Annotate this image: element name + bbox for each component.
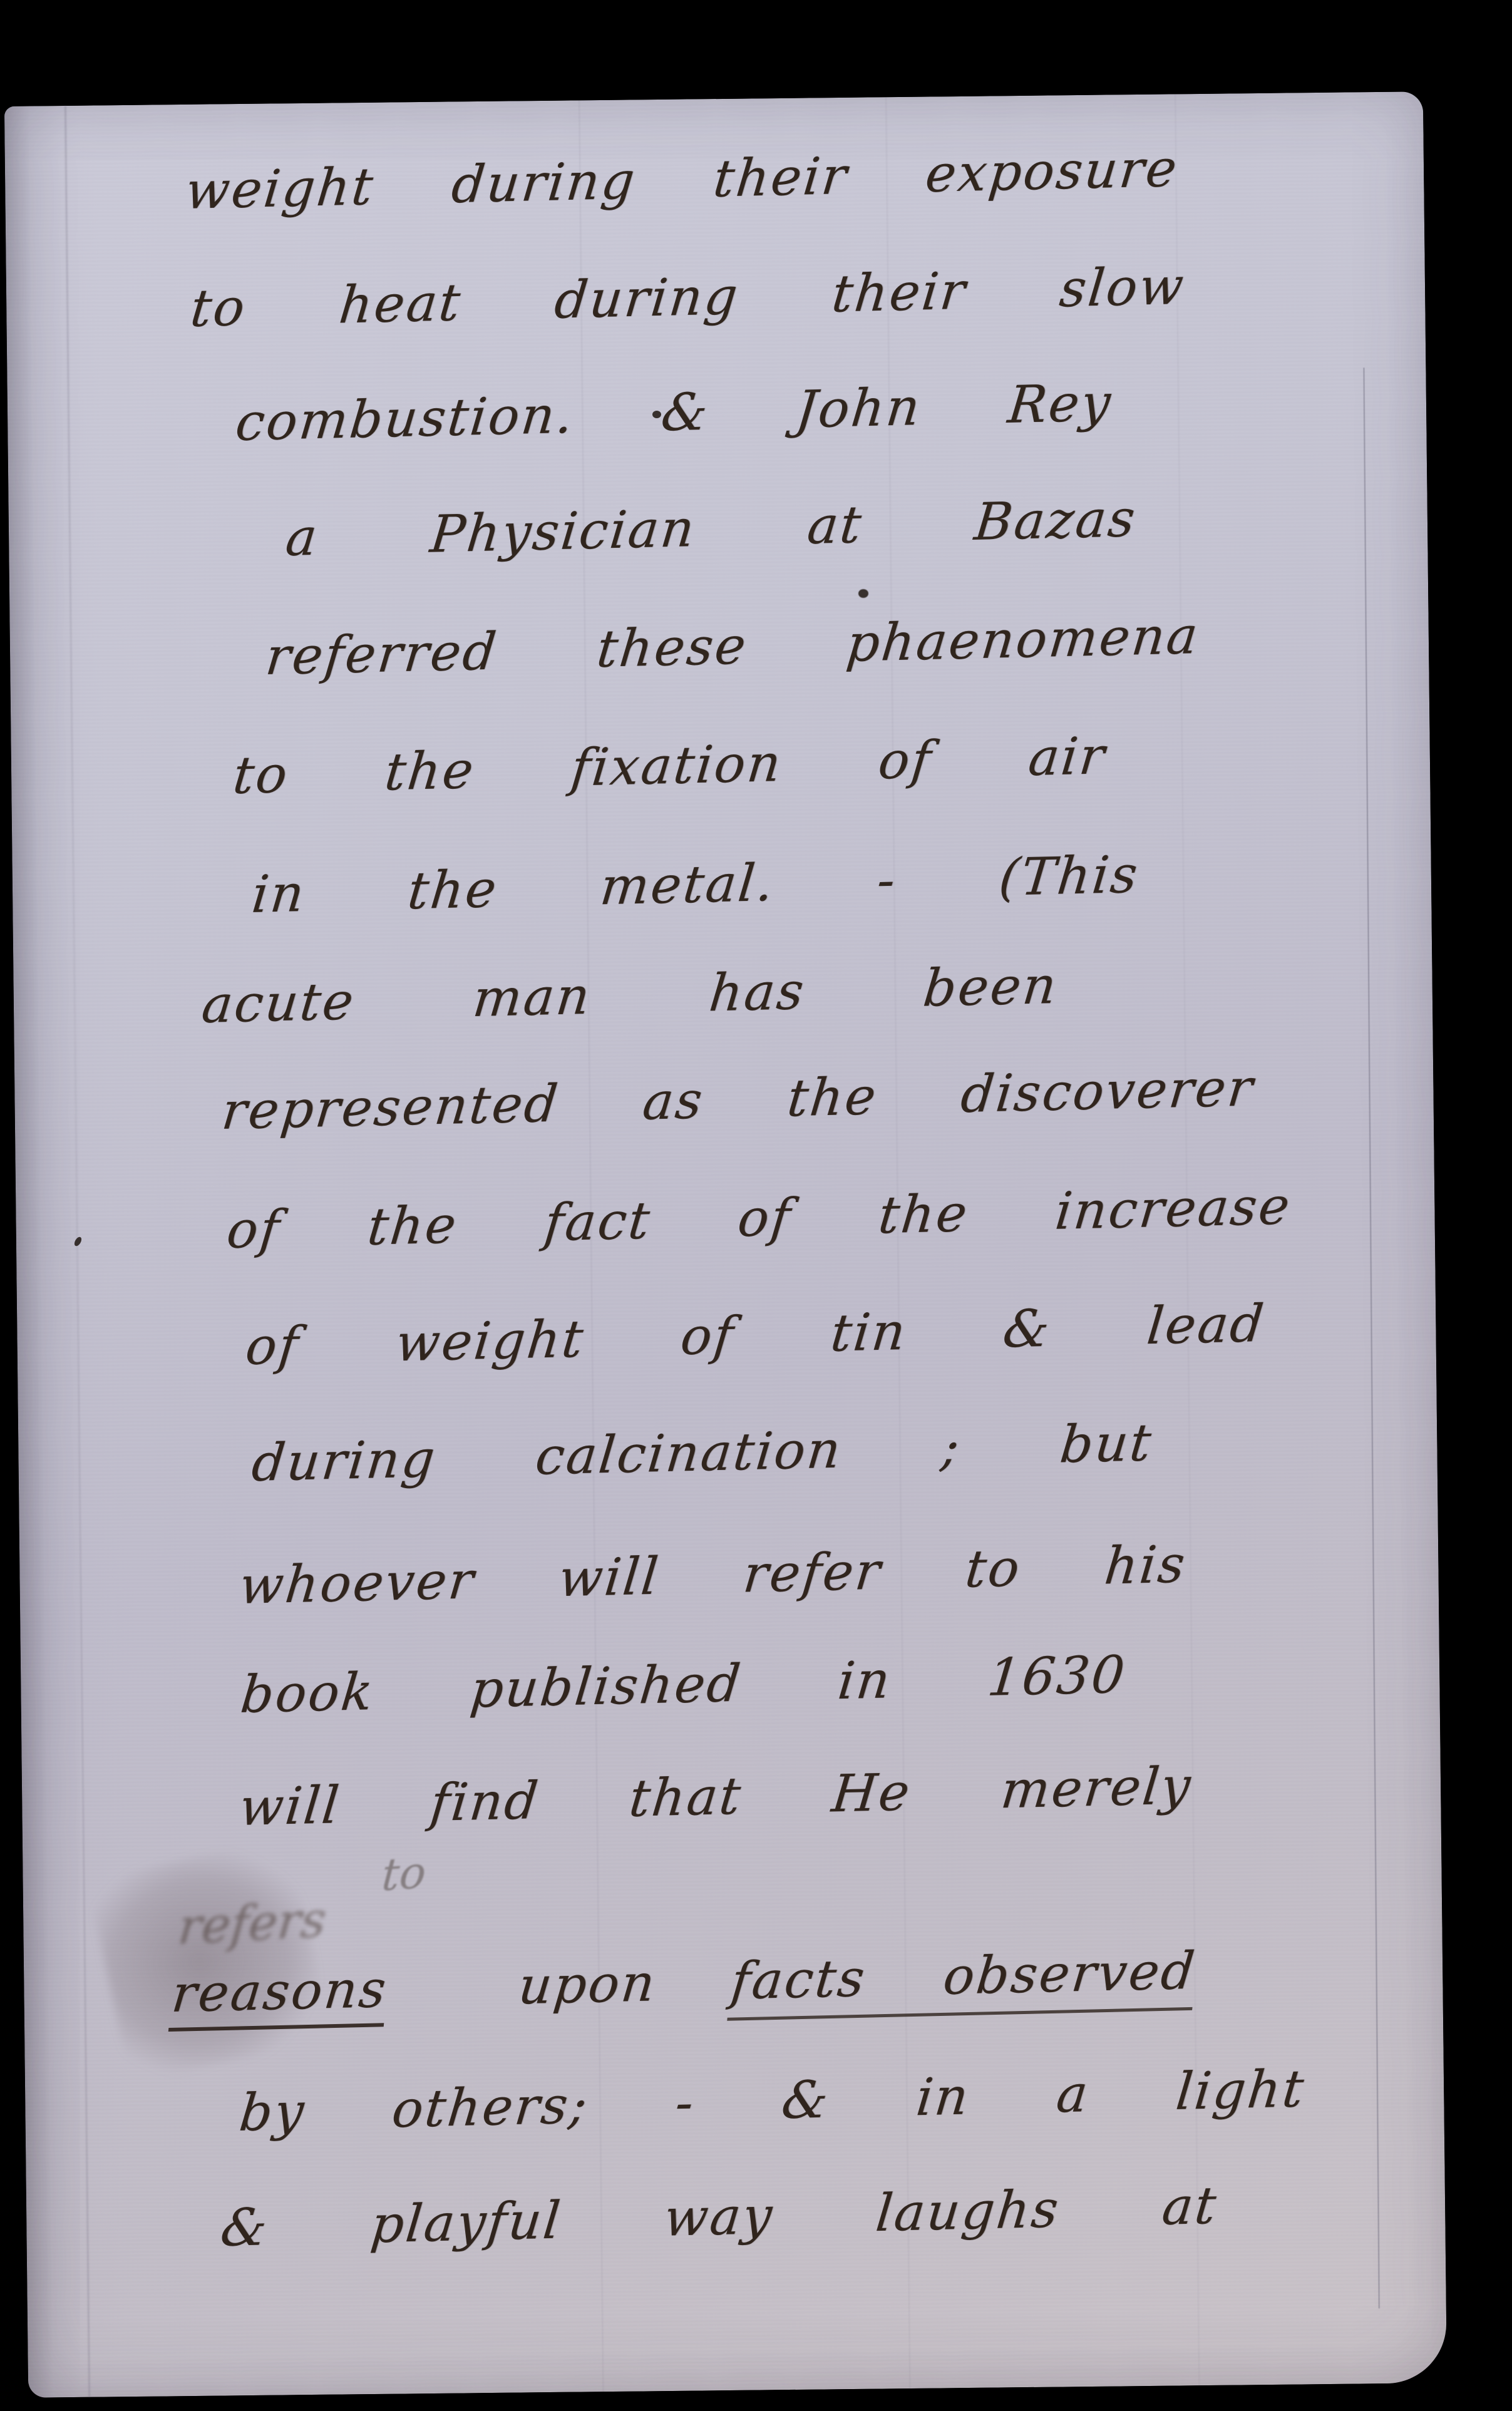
- pencil-margin-line: [1363, 368, 1379, 2308]
- photo-background: weight during their exposure to heat dur…: [0, 0, 1512, 2411]
- manuscript-page: [4, 91, 1447, 2398]
- binding-crease: [64, 106, 90, 2397]
